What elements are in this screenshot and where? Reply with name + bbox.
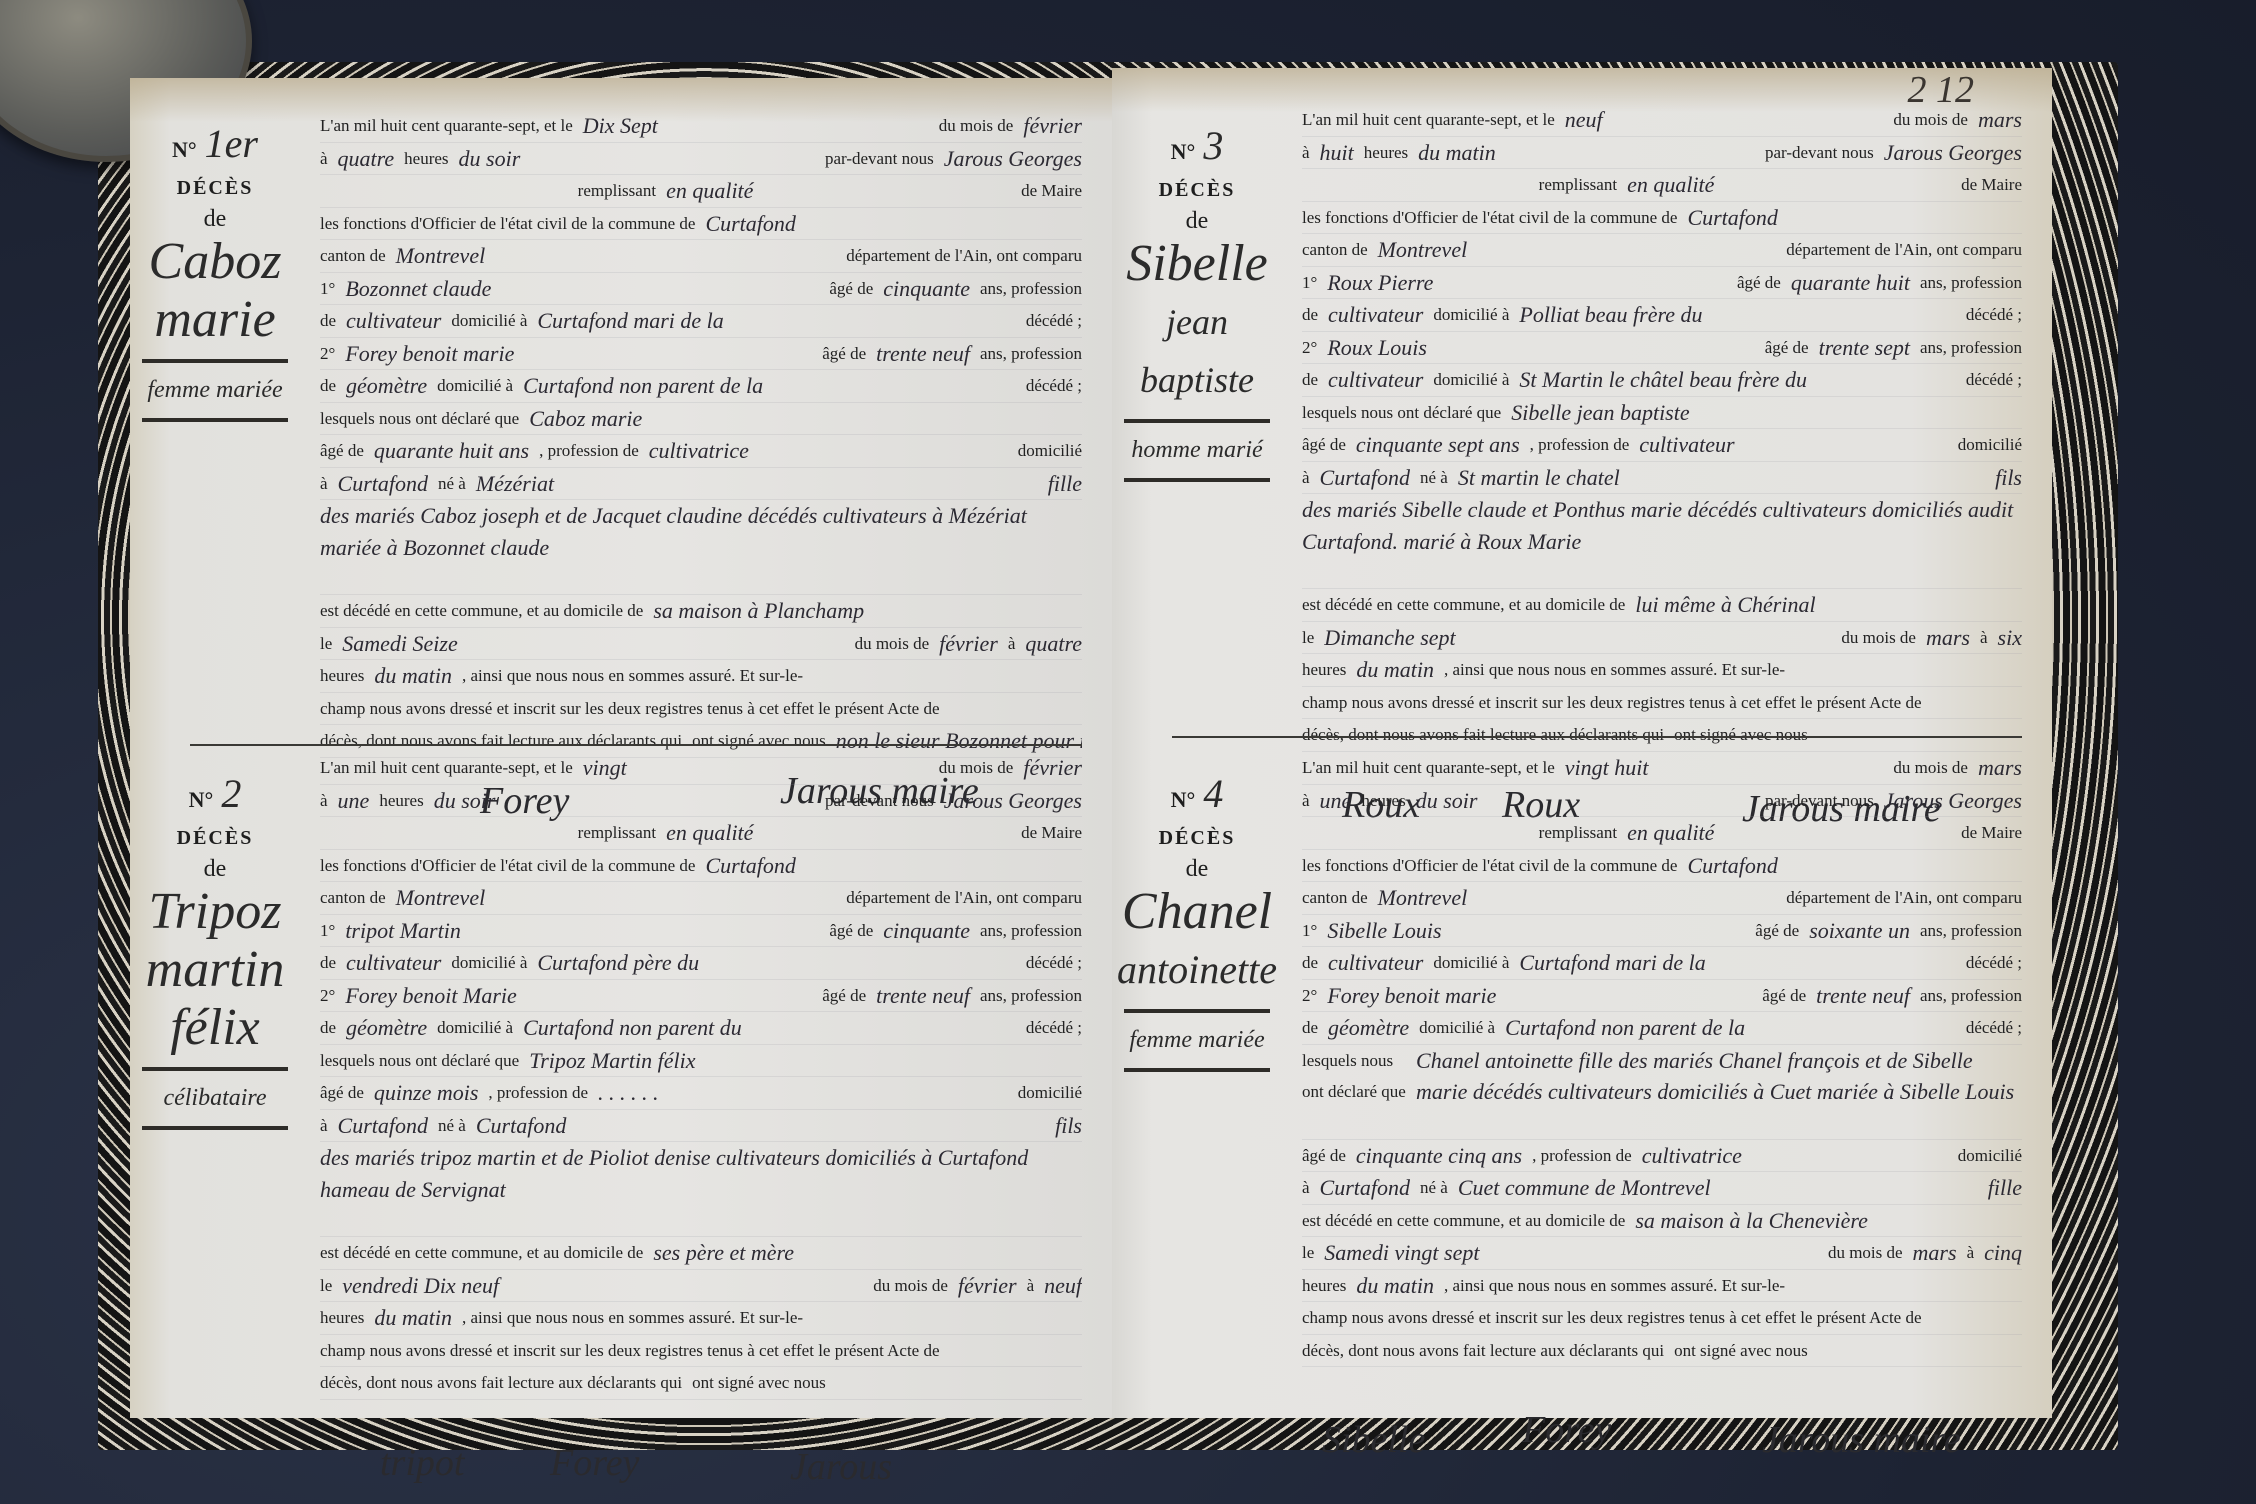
deceased-surname: Tripoz [130, 883, 300, 941]
deceased-surname: Caboz [130, 233, 300, 291]
act-number: 1er [205, 121, 258, 166]
marital-status: homme marié [1112, 437, 1282, 464]
signature-maire: Jarous [790, 1452, 892, 1484]
marital-status: célibataire [130, 1085, 300, 1112]
signature: Sibelle [1322, 1425, 1425, 1457]
deceased-surname: Chanel [1112, 883, 1282, 941]
deceased-name: Caboz marie [529, 403, 642, 435]
act-margin: N°2 DÉCÈS de Tripoz martin félix célibat… [130, 752, 300, 1140]
deces-label: DÉCÈS [130, 177, 300, 200]
deceased-middlename: félix [130, 999, 300, 1057]
deceased-surname: Sibelle [1112, 235, 1282, 293]
left-page: N°1er DÉCÈS de Caboz marie femme mariée … [130, 78, 1114, 1418]
commune: Curtafond [705, 208, 795, 240]
witness-1: Bozonnet claude [345, 273, 491, 305]
deceased-firstname: marie [130, 291, 300, 349]
signature: tripot [380, 1448, 464, 1480]
deceased-firstname: jean baptiste [1112, 293, 1282, 409]
month: février [1023, 110, 1082, 142]
officer: Jarous Georges [944, 143, 1082, 175]
day: Dix Sept [583, 110, 658, 142]
margin-rule [142, 359, 288, 363]
witness-2: Forey benoit marie [345, 338, 514, 370]
marital-status: femme mariée [1112, 1027, 1282, 1054]
deceased-firstname: martin [130, 941, 300, 999]
right-page: 2 12 N°3 DÉCÈS de Sibelle jean baptiste … [1112, 68, 2052, 1418]
number-label: N° [172, 137, 197, 162]
deceased-firstname: antoinette [1112, 941, 1282, 999]
parents: des mariés Caboz joseph et de Jacquet cl… [320, 500, 1082, 594]
death-place: sa maison à Planchamp [653, 595, 864, 627]
signature: Forey [550, 1448, 639, 1480]
signature-maire: Jarous maire [1762, 1425, 1961, 1457]
act-number: 2 [221, 771, 241, 816]
act-margin: N°4 DÉCÈS de Chanel antoinette femme mar… [1112, 752, 1282, 1082]
act-margin: N°3 DÉCÈS de Sibelle jean baptiste homme… [1112, 104, 1282, 492]
margin-rule [142, 418, 288, 422]
marital-status: femme mariée [130, 377, 300, 404]
de-label: de [130, 206, 300, 233]
act-number: 3 [1203, 123, 1223, 168]
act-margin: N°1er DÉCÈS de Caboz marie femme mariée [130, 102, 300, 432]
act-body: L'an mil huit cent quarante-sept, et len… [1302, 104, 2022, 860]
act-separator [190, 744, 1082, 746]
act-body: L'an mil huit cent quarante-sept, et lev… [320, 752, 1082, 1504]
act-separator [1172, 736, 2022, 738]
act-body: L'an mil huit cent quarante-sept, et lev… [1302, 752, 2022, 1475]
signature: Forey [1522, 1415, 1611, 1447]
act-number: 4 [1203, 771, 1223, 816]
